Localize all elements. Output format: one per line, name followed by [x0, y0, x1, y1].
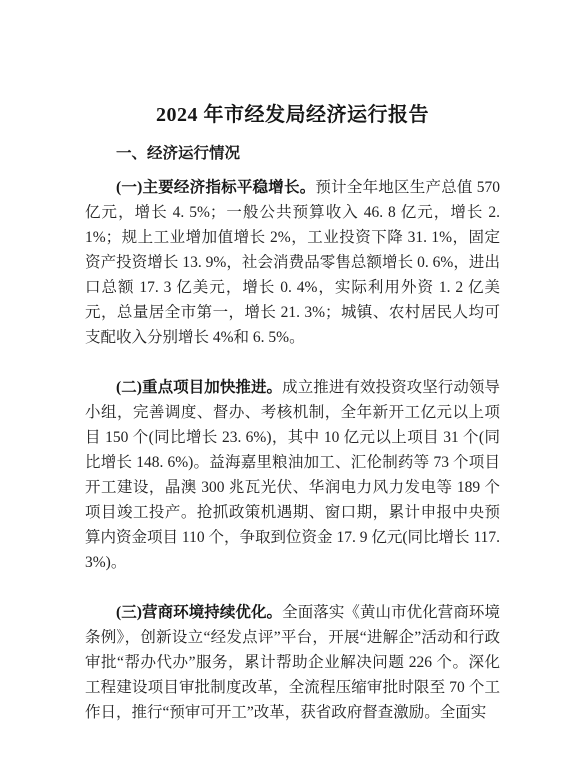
paragraph-2-lead: (二)重点项目加快推进。: [116, 379, 282, 396]
document-content: 2024 年市经发局经济运行报告 一、经济运行情况 (一)主要经济指标平稳增长。…: [0, 0, 586, 725]
paragraph-3-body: 全面落实《黄山市优化营商环境条例》，创新设立“经发点评”平台，开展“进解企”活动…: [85, 604, 500, 721]
document-page: 2024 年市经发局经济运行报告 一、经济运行情况 (一)主要经济指标平稳增长。…: [0, 0, 586, 759]
paragraph-2: (二)重点项目加快推进。成立推进有效投资攻坚行动领导小组，完善调度、督办、考核机…: [85, 375, 500, 575]
report-title: 2024 年市经发局经济运行报告: [85, 102, 500, 128]
paragraph-1-body: 预计全年地区生产总值 570 亿元，增长 4. 5%；一般公共预算收入 46. …: [85, 179, 500, 346]
paragraph-3-lead: (三)营商环境持续优化。: [116, 604, 282, 621]
paragraph-3: (三)营商环境持续优化。全面落实《黄山市优化营商环境条例》，创新设立“经发点评”…: [85, 600, 500, 725]
paragraph-1-lead: (一)主要经济指标平稳增长。: [116, 179, 315, 196]
paragraph-1: (一)主要经济指标平稳增长。预计全年地区生产总值 570 亿元，增长 4. 5%…: [85, 175, 500, 350]
paragraph-2-body: 成立推进有效投资攻坚行动领导小组，完善调度、督办、考核机制，全年新开工亿元以上项…: [85, 379, 500, 571]
section-heading: 一、经济运行情况: [85, 143, 500, 165]
